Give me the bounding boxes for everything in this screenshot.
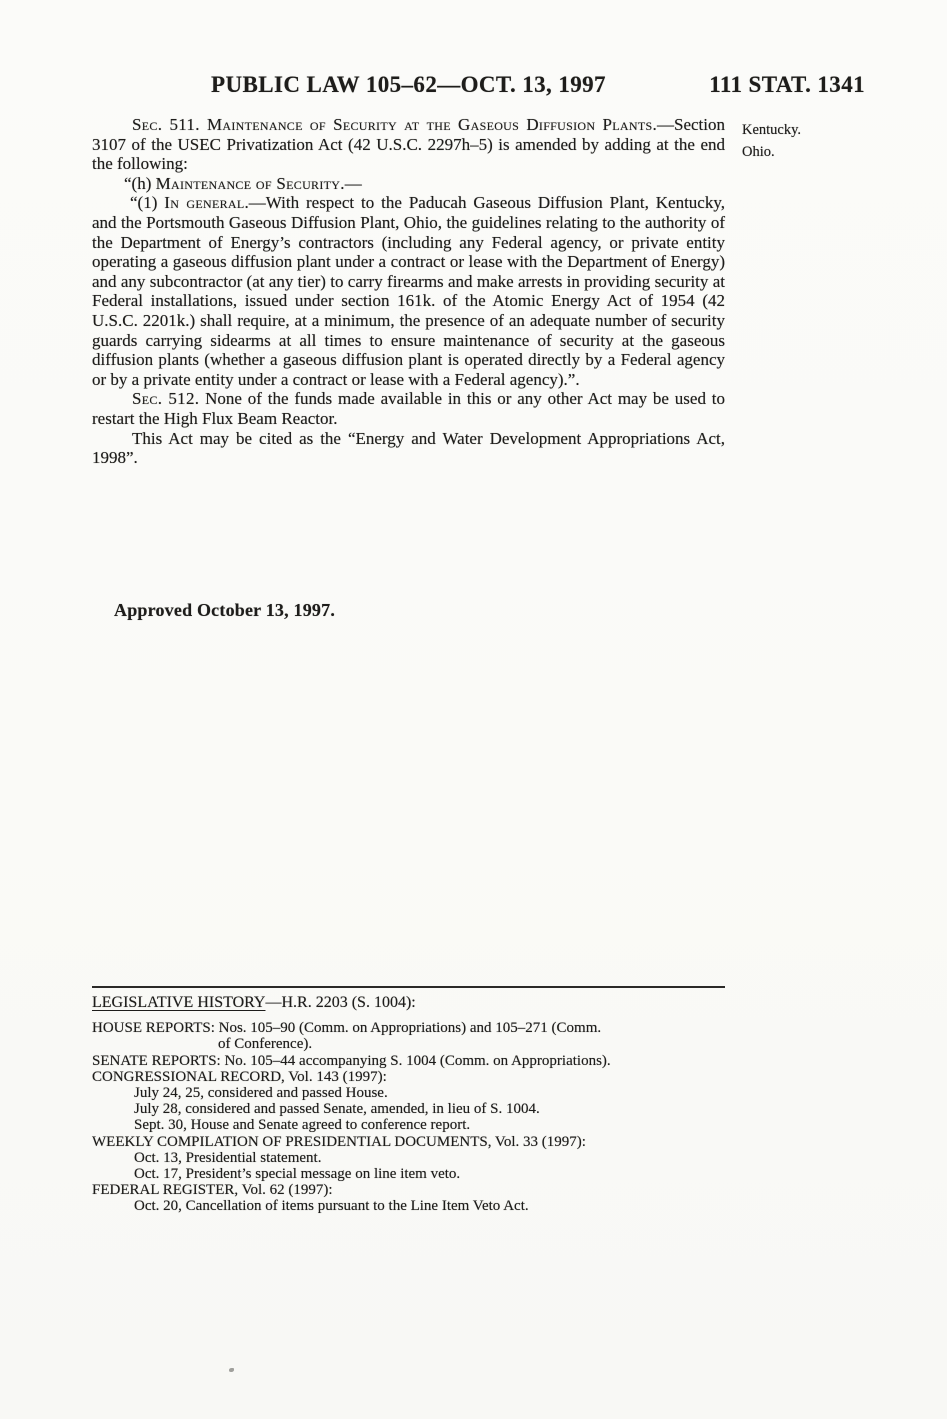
margin-notes: Kentucky. Ohio. [742,119,862,163]
history-line-house-reports: HOUSE REPORTS: Nos. 105–90 (Comm. on App… [92,1020,732,1036]
subsection-h-line: “(h) Maintenance of Security.— [92,174,725,194]
approved-line: Approved October 13, 1997. [114,600,335,621]
history-line-july-28: July 28, considered and passed Senate, a… [92,1101,732,1117]
statute-page: PUBLIC LAW 105–62—OCT. 13, 1997 111 STAT… [0,0,947,1419]
history-line-oct-20: Oct. 20, Cancellation of items pursuant … [92,1198,732,1214]
history-line-senate-reports: SENATE REPORTS: No. 105–44 accompanying … [92,1053,732,1069]
section-511-heading: Sec. 511. Maintenance of Security at the… [132,115,657,134]
paragraph-1: “(1) In general.—With respect to the Pad… [92,193,725,389]
margin-note-kentucky: Kentucky. [742,119,862,141]
subsection-h-heading: Maintenance of Security.— [156,174,362,193]
history-line-july-24: July 24, 25, considered and passed House… [92,1085,732,1101]
paragraph-1-prefix: “(1) [130,193,164,212]
legislative-history-title-underlined: LEGISLATIVE HISTORY [92,994,265,1011]
legislative-history: LEGISLATIVE HISTORY—H.R. 2203 (S. 1004):… [92,986,732,1215]
history-line-sept-30: Sept. 30, House and Senate agreed to con… [92,1117,732,1133]
paragraph-1-text: .—With respect to the Paducah Gaseous Di… [92,193,725,388]
statute-body: Sec. 511. Maintenance of Security at the… [92,115,725,468]
history-line-oct-13: Oct. 13, Presidential statement. [92,1150,732,1166]
citation-paragraph: This Act may be cited as the “Energy and… [92,429,725,468]
scan-artifact-dot [229,1368,234,1372]
legislative-history-title-rest: —H.R. 2203 (S. 1004): [265,994,415,1011]
stat-page-number: 111 STAT. 1341 [709,72,865,98]
subsection-h-prefix: “(h) [124,174,156,193]
margin-note-ohio: Ohio. [742,141,862,163]
history-line-congressional-record: CONGRESSIONAL RECORD, Vol. 143 (1997): [92,1069,732,1085]
section-512-heading: Sec. 512. [132,389,199,408]
history-line-house-reports-cont: of Conference). [92,1036,732,1052]
section-512-paragraph: Sec. 512. None of the funds made availab… [92,389,725,428]
paragraph-1-heading: In general [164,193,244,212]
history-line-weekly-compilation: WEEKLY COMPILATION OF PRESIDENTIAL DOCUM… [92,1134,732,1150]
law-title: PUBLIC LAW 105–62—OCT. 13, 1997 [92,72,725,98]
page-header: PUBLIC LAW 105–62—OCT. 13, 1997 111 STAT… [92,72,865,102]
section-511-paragraph: Sec. 511. Maintenance of Security at the… [92,115,725,174]
history-line-federal-register: FEDERAL REGISTER, Vol. 62 (1997): [92,1182,732,1198]
history-line-oct-17: Oct. 17, President’s special message on … [92,1166,732,1182]
legislative-history-title: LEGISLATIVE HISTORY—H.R. 2203 (S. 1004): [92,995,732,1011]
divider-rule [92,986,725,988]
